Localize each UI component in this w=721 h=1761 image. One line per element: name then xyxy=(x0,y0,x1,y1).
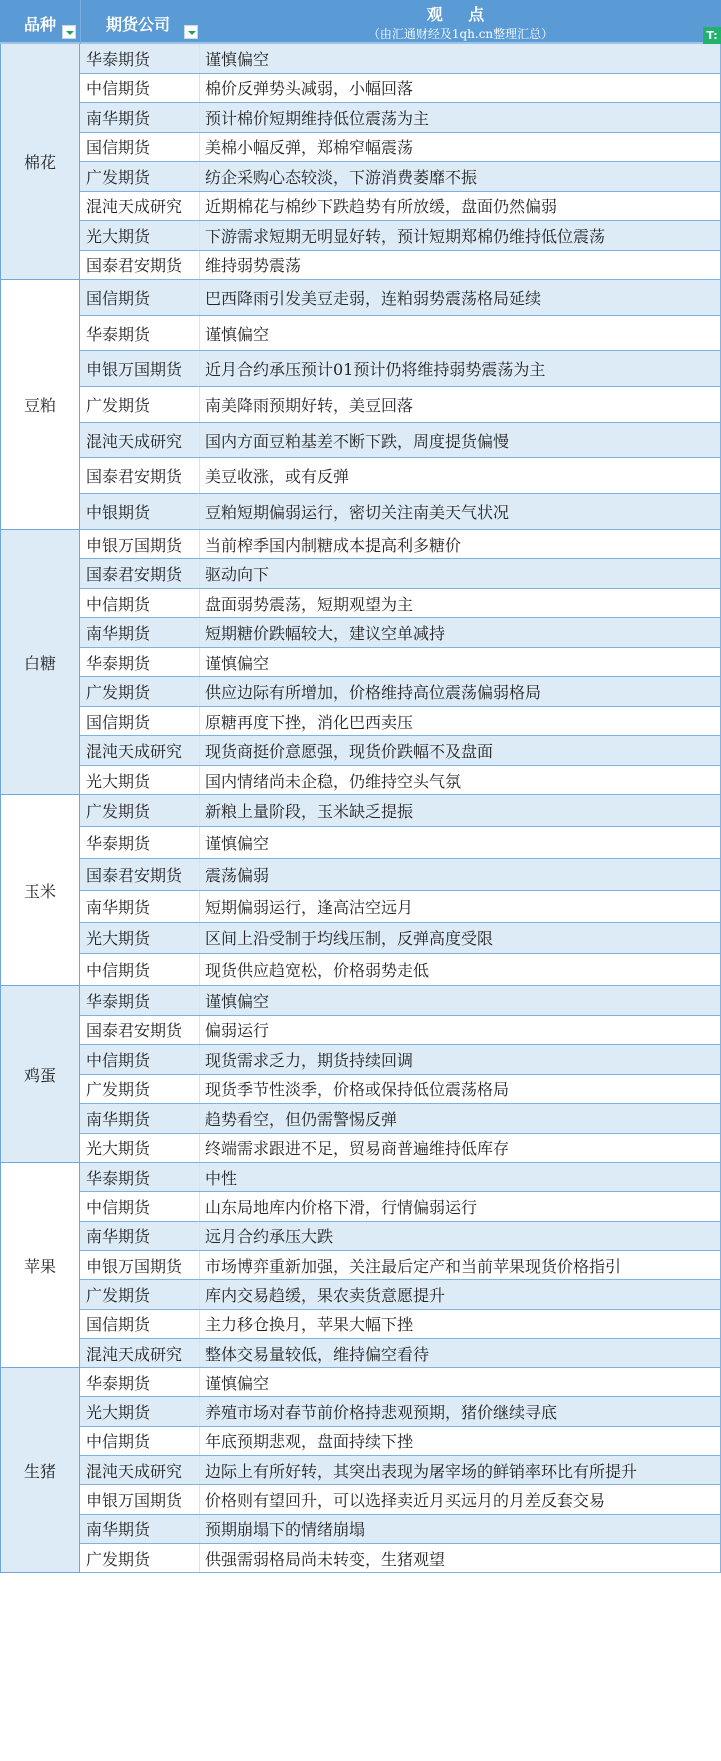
table-row: 华泰期货谨慎偏空 xyxy=(80,827,721,859)
company-cell[interactable]: 国信期货 xyxy=(80,707,200,736)
commodity-filter-dropdown-icon[interactable] xyxy=(62,25,76,39)
view-cell[interactable]: 边际上有所好转，其突出表现为屠宰场的鲜销率环比有所提升 xyxy=(200,1456,721,1484)
table-body: 棉花华泰期货谨慎偏空中信期货棉价反弹势头减弱，小幅回落南华期货预计棉价短期维持低… xyxy=(0,44,721,1573)
table-row: 中银期货豆粕短期偏弱运行，密切关注南美天气状况 xyxy=(80,494,721,530)
company-cell[interactable]: 南华期货 xyxy=(80,1515,200,1543)
commodity-group: 棉花华泰期货谨慎偏空中信期货棉价反弹势头减弱，小幅回落南华期货预计棉价短期维持低… xyxy=(0,44,721,280)
table-row: 光大期货国内情绪尚未企稳，仍维持空头气氛 xyxy=(80,766,721,796)
company-cell[interactable]: 南华期货 xyxy=(80,891,200,922)
view-cell[interactable]: 国内情绪尚未企稳，仍维持空头气氛 xyxy=(200,766,721,795)
view-cell[interactable]: 短期偏弱运行，逢高沽空远月 xyxy=(200,891,721,922)
view-cell[interactable]: 中性 xyxy=(200,1163,721,1191)
view-cell[interactable]: 现货需求乏力，期货持续回调 xyxy=(200,1045,721,1074)
view-cell[interactable]: 美棉小幅反弹，郑棉窄幅震荡 xyxy=(200,133,721,162)
header-commodity-label: 品种 xyxy=(24,12,56,35)
table-row: 广发期货现货季节性淡季，价格或保持低位震荡格局 xyxy=(80,1075,721,1105)
company-cell[interactable]: 光大期货 xyxy=(80,766,200,795)
table-row: 华泰期货中性 xyxy=(80,1163,721,1192)
table-row: 华泰期货谨慎偏空 xyxy=(80,1368,721,1397)
table-row: 申银万国期货近月合约承压预计01预计仍将维持弱势震荡为主 xyxy=(80,351,721,387)
view-cell[interactable]: 区间上沿受制于均线压制，反弹高度受限 xyxy=(200,923,721,954)
table-row: 南华期货远月合约承压大跌 xyxy=(80,1222,721,1251)
company-cell[interactable]: 华泰期货 xyxy=(80,986,200,1015)
view-cell[interactable]: 养殖市场对春节前价格持悲观预期，猪价继续寻底 xyxy=(200,1397,721,1425)
company-cell[interactable]: 混沌天成研究 xyxy=(80,1456,200,1484)
view-cell[interactable]: 远月合约承压大跌 xyxy=(200,1222,721,1250)
table-row: 国信期货美棉小幅反弹，郑棉窄幅震荡 xyxy=(80,133,721,163)
table-row: 国信期货主力移仓换月，苹果大幅下挫 xyxy=(80,1310,721,1339)
view-cell[interactable]: 现货供应趋宽松，价格弱势走低 xyxy=(200,954,721,985)
table-row: 国泰君安期货驱动向下 xyxy=(80,559,721,589)
commodity-group: 苹果华泰期货中性中信期货山东局地库内价格下滑，行情偏弱运行南华期货远月合约承压大… xyxy=(0,1163,721,1368)
company-cell[interactable]: 混沌天成研究 xyxy=(80,736,200,765)
company-cell[interactable]: 华泰期货 xyxy=(80,648,200,677)
table-row: 国泰君安期货维持弱势震荡 xyxy=(80,251,721,281)
view-cell[interactable]: 南美降雨预期好转，美豆回落 xyxy=(200,387,721,422)
table-row: 中信期货现货需求乏力，期货持续回调 xyxy=(80,1045,721,1075)
view-cell[interactable]: 现货季节性淡季，价格或保持低位震荡格局 xyxy=(200,1075,721,1104)
commodity-cell[interactable]: 棉花 xyxy=(1,44,80,280)
view-cell[interactable]: 驱动向下 xyxy=(200,559,721,588)
futures-views-sheet: 品种 期货公司 观 点 （由汇通财经及1qh.cn整理汇总） T: 棉花华泰期货… xyxy=(0,0,721,1573)
table-row: 混沌天成研究国内方面豆粕基差不断下跌，周度提货偏慢 xyxy=(80,423,721,459)
header-company: 期货公司 xyxy=(80,0,200,44)
company-cell[interactable]: 申银万国期货 xyxy=(80,1485,200,1513)
view-cell[interactable]: 预期崩塌下的情绪崩塌 xyxy=(200,1515,721,1543)
table-row: 华泰期货谨慎偏空 xyxy=(80,44,721,74)
table-row: 申银万国期货价格则有望回升，可以选择卖近月买远月的月差反套交易 xyxy=(80,1485,721,1514)
view-cell[interactable]: 山东局地库内价格下滑，行情偏弱运行 xyxy=(200,1192,721,1220)
table-row: 申银万国期货市场博弈重新加强，关注最后定产和当前苹果现货价格指引 xyxy=(80,1251,721,1280)
table-row: 广发期货库内交易趋缓，果农卖货意愿提升 xyxy=(80,1280,721,1309)
view-cell[interactable]: 近月合约承压预计01预计仍将维持弱势震荡为主 xyxy=(200,351,721,386)
table-row: 光大期货区间上沿受制于均线压制，反弹高度受限 xyxy=(80,923,721,955)
company-cell[interactable]: 中信期货 xyxy=(80,74,200,103)
table-row: 广发期货供应边际有所增加，价格维持高位震荡偏弱格局 xyxy=(80,677,721,707)
company-filter-dropdown-icon[interactable] xyxy=(184,25,198,39)
view-cell[interactable]: 谨慎偏空 xyxy=(200,44,721,73)
view-cell[interactable]: 整体交易量较低，维持偏空看待 xyxy=(200,1339,721,1367)
company-cell[interactable]: 国信期货 xyxy=(80,280,200,315)
view-cell[interactable]: 年底预期悲观，盘面持续下挫 xyxy=(200,1427,721,1455)
header-view-subtitle: （由汇通财经及1qh.cn整理汇总） xyxy=(200,25,721,42)
view-cell[interactable]: 谨慎偏空 xyxy=(200,986,721,1015)
company-cell[interactable]: 中信期货 xyxy=(80,1192,200,1220)
view-cell[interactable]: 维持弱势震荡 xyxy=(200,251,721,280)
view-cell[interactable]: 豆粕短期偏弱运行，密切关注南美天气状况 xyxy=(200,494,721,529)
view-cell[interactable]: 震荡偏弱 xyxy=(200,859,721,890)
view-cell[interactable]: 趋势看空，但仍需警惕反弹 xyxy=(200,1104,721,1133)
view-cell[interactable]: 当前榨季国内制糖成本提高利多糖价 xyxy=(200,530,721,559)
view-cell[interactable]: 库内交易趋缓，果农卖货意愿提升 xyxy=(200,1280,721,1308)
company-cell[interactable]: 中信期货 xyxy=(80,1427,200,1455)
view-cell[interactable]: 终端需求跟进不足，贸易商普遍维持低库存 xyxy=(200,1134,721,1163)
table-row: 国信期货原糖再度下挫，消化巴西卖压 xyxy=(80,707,721,737)
company-cell[interactable]: 混沌天成研究 xyxy=(80,423,200,458)
table-row: 中信期货棉价反弹势头减弱，小幅回落 xyxy=(80,74,721,104)
table-row: 光大期货终端需求跟进不足，贸易商普遍维持低库存 xyxy=(80,1134,721,1164)
view-cell[interactable]: 供应边际有所增加，价格维持高位震荡偏弱格局 xyxy=(200,677,721,706)
commodity-group: 玉米广发期货新粮上量阶段，玉米缺乏提振华泰期货谨慎偏空国泰君安期货震荡偏弱南华期… xyxy=(0,795,721,986)
view-cell[interactable]: 短期糖价跌幅较大，建议空单减持 xyxy=(200,618,721,647)
table-row: 华泰期货谨慎偏空 xyxy=(80,986,721,1016)
company-cell[interactable]: 光大期货 xyxy=(80,1134,200,1163)
header-view-title: 观 点 xyxy=(200,2,721,25)
table-row: 南华期货预计棉价短期维持低位震荡为主 xyxy=(80,103,721,133)
view-cell[interactable]: 巴西降雨引发美豆走弱，连粕弱势震荡格局延续 xyxy=(200,280,721,315)
company-cell[interactable]: 广发期货 xyxy=(80,677,200,706)
table-row: 广发期货供强需弱格局尚未转变，生猪观望 xyxy=(80,1544,721,1573)
commodity-cell[interactable]: 豆粕 xyxy=(1,280,80,530)
company-cell[interactable]: 华泰期货 xyxy=(80,316,200,351)
header-row: 品种 期货公司 观 点 （由汇通财经及1qh.cn整理汇总） T: xyxy=(0,0,721,44)
commodity-cell[interactable]: 苹果 xyxy=(1,1163,80,1368)
table-row: 光大期货下游需求短期无明显好转，预计短期郑棉仍维持低位震荡 xyxy=(80,221,721,251)
company-cell[interactable]: 国泰君安期货 xyxy=(80,458,200,493)
company-cell[interactable]: 国泰君安期货 xyxy=(80,251,200,280)
company-cell[interactable]: 广发期货 xyxy=(80,162,200,191)
table-row: 中信期货年底预期悲观，盘面持续下挫 xyxy=(80,1427,721,1456)
company-cell[interactable]: 南华期货 xyxy=(80,103,200,132)
table-row: 国泰君安期货震荡偏弱 xyxy=(80,859,721,891)
company-cell[interactable]: 申银万国期货 xyxy=(80,1251,200,1279)
table-row: 国泰君安期货偏弱运行 xyxy=(80,1016,721,1046)
view-cell[interactable]: 盘面弱势震荡，短期观望为主 xyxy=(200,589,721,618)
company-cell[interactable]: 国信期货 xyxy=(80,1310,200,1338)
view-cell[interactable]: 预计棉价短期维持低位震荡为主 xyxy=(200,103,721,132)
company-cell[interactable]: 广发期货 xyxy=(80,1544,200,1572)
table-row: 申银万国期货当前榨季国内制糖成本提高利多糖价 xyxy=(80,530,721,560)
company-cell[interactable]: 南华期货 xyxy=(80,618,200,647)
table-row: 广发期货纺企采购心态较淡，下游消费萎靡不振 xyxy=(80,162,721,192)
company-cell[interactable]: 广发期货 xyxy=(80,387,200,422)
table-row: 华泰期货谨慎偏空 xyxy=(80,648,721,678)
commodity-group: 白糖申银万国期货当前榨季国内制糖成本提高利多糖价国泰君安期货驱动向下中信期货盘面… xyxy=(0,530,721,796)
view-cell[interactable]: 国内方面豆粕基差不断下跌，周度提货偏慢 xyxy=(200,423,721,458)
company-cell[interactable]: 华泰期货 xyxy=(80,1163,200,1191)
table-row: 广发期货新粮上量阶段，玉米缺乏提振 xyxy=(80,795,721,827)
commodity-cell[interactable]: 生猪 xyxy=(1,1368,80,1573)
table-row: 混沌天成研究近期棉花与棉纱下跌趋势有所放缓，盘面仍然偏弱 xyxy=(80,192,721,222)
company-cell[interactable]: 国信期货 xyxy=(80,133,200,162)
view-cell[interactable]: 谨慎偏空 xyxy=(200,827,721,858)
view-cell[interactable]: 市场博弈重新加强，关注最后定产和当前苹果现货价格指引 xyxy=(200,1251,721,1279)
company-cell[interactable]: 中银期货 xyxy=(80,494,200,529)
view-cell[interactable]: 纺企采购心态较淡，下游消费萎靡不振 xyxy=(200,162,721,191)
company-cell[interactable]: 广发期货 xyxy=(80,1075,200,1104)
commodity-cell[interactable]: 玉米 xyxy=(1,795,80,986)
company-cell[interactable]: 国泰君安期货 xyxy=(80,1016,200,1045)
header-commodity: 品种 xyxy=(0,0,81,44)
view-cell[interactable]: 新粮上量阶段，玉米缺乏提振 xyxy=(200,795,721,826)
company-cell[interactable]: 中信期货 xyxy=(80,954,200,985)
company-cell[interactable]: 申银万国期货 xyxy=(80,530,200,559)
company-cell[interactable]: 混沌天成研究 xyxy=(80,192,200,221)
company-cell[interactable]: 光大期货 xyxy=(80,221,200,250)
company-cell[interactable]: 中信期货 xyxy=(80,1045,200,1074)
table-row: 中信期货现货供应趋宽松，价格弱势走低 xyxy=(80,954,721,986)
company-cell[interactable]: 国泰君安期货 xyxy=(80,559,200,588)
company-cell[interactable]: 光大期货 xyxy=(80,1397,200,1425)
commodity-group: 豆粕国信期货巴西降雨引发美豆走弱，连粕弱势震荡格局延续华泰期货谨慎偏空申银万国期… xyxy=(0,280,721,530)
table-row: 南华期货短期糖价跌幅较大，建议空单减持 xyxy=(80,618,721,648)
commodity-cell[interactable]: 白糖 xyxy=(1,530,80,796)
view-cell[interactable]: 棉价反弹势头减弱，小幅回落 xyxy=(200,74,721,103)
commodity-group: 鸡蛋华泰期货谨慎偏空国泰君安期货偏弱运行中信期货现货需求乏力，期货持续回调广发期… xyxy=(0,986,721,1163)
view-cell[interactable]: 偏弱运行 xyxy=(200,1016,721,1045)
company-cell[interactable]: 光大期货 xyxy=(80,923,200,954)
commodity-group: 生猪华泰期货谨慎偏空光大期货养殖市场对春节前价格持悲观预期，猪价继续寻底中信期货… xyxy=(0,1368,721,1573)
company-cell[interactable]: 国泰君安期货 xyxy=(80,859,200,890)
header-company-label: 期货公司 xyxy=(106,12,170,35)
table-row: 华泰期货谨慎偏空 xyxy=(80,316,721,352)
view-cell[interactable]: 下游需求短期无明显好转，预计短期郑棉仍维持低位震荡 xyxy=(200,221,721,250)
company-cell[interactable]: 华泰期货 xyxy=(80,44,200,73)
table-row: 混沌天成研究现货商挺价意愿强，现货价跌幅不及盘面 xyxy=(80,736,721,766)
table-row: 南华期货趋势看空，但仍需警惕反弹 xyxy=(80,1104,721,1134)
company-cell[interactable]: 华泰期货 xyxy=(80,1368,200,1396)
view-cell[interactable]: 谨慎偏空 xyxy=(200,316,721,351)
table-row: 混沌天成研究边际上有所好转，其突出表现为屠宰场的鲜销率环比有所提升 xyxy=(80,1456,721,1485)
view-cell[interactable]: 价格则有望回升，可以选择卖近月买远月的月差反套交易 xyxy=(200,1485,721,1513)
table-row: 中信期货盘面弱势震荡，短期观望为主 xyxy=(80,589,721,619)
view-cell[interactable]: 主力移仓换月，苹果大幅下挫 xyxy=(200,1310,721,1338)
table-row: 南华期货短期偏弱运行，逢高沽空远月 xyxy=(80,891,721,923)
view-cell[interactable]: 现货商挺价意愿强，现货价跌幅不及盘面 xyxy=(200,736,721,765)
company-cell[interactable]: 混沌天成研究 xyxy=(80,1339,200,1367)
company-cell[interactable]: 中信期货 xyxy=(80,589,200,618)
view-cell[interactable]: 美豆收涨，或有反弹 xyxy=(200,458,721,493)
commodity-cell[interactable]: 鸡蛋 xyxy=(1,986,80,1163)
view-cell[interactable]: 谨慎偏空 xyxy=(200,648,721,677)
table-row: 南华期货预期崩塌下的情绪崩塌 xyxy=(80,1515,721,1544)
company-cell[interactable]: 广发期货 xyxy=(80,1280,200,1308)
table-row: 广发期货南美降雨预期好转，美豆回落 xyxy=(80,387,721,423)
filter-icon[interactable]: T: xyxy=(703,27,721,44)
company-cell[interactable]: 南华期货 xyxy=(80,1104,200,1133)
table-row: 国信期货巴西降雨引发美豆走弱，连粕弱势震荡格局延续 xyxy=(80,280,721,316)
table-row: 混沌天成研究整体交易量较低，维持偏空看待 xyxy=(80,1339,721,1368)
company-cell[interactable]: 南华期货 xyxy=(80,1222,200,1250)
view-cell[interactable]: 谨慎偏空 xyxy=(200,1368,721,1396)
view-cell[interactable]: 近期棉花与棉纱下跌趋势有所放缓，盘面仍然偏弱 xyxy=(200,192,721,221)
company-cell[interactable]: 申银万国期货 xyxy=(80,351,200,386)
table-row: 中信期货山东局地库内价格下滑，行情偏弱运行 xyxy=(80,1192,721,1221)
table-row: 光大期货养殖市场对春节前价格持悲观预期，猪价继续寻底 xyxy=(80,1397,721,1426)
company-cell[interactable]: 广发期货 xyxy=(80,795,200,826)
table-row: 国泰君安期货美豆收涨，或有反弹 xyxy=(80,458,721,494)
company-cell[interactable]: 华泰期货 xyxy=(80,827,200,858)
view-cell[interactable]: 原糖再度下挫，消化巴西卖压 xyxy=(200,707,721,736)
view-cell[interactable]: 供强需弱格局尚未转变，生猪观望 xyxy=(200,1544,721,1572)
